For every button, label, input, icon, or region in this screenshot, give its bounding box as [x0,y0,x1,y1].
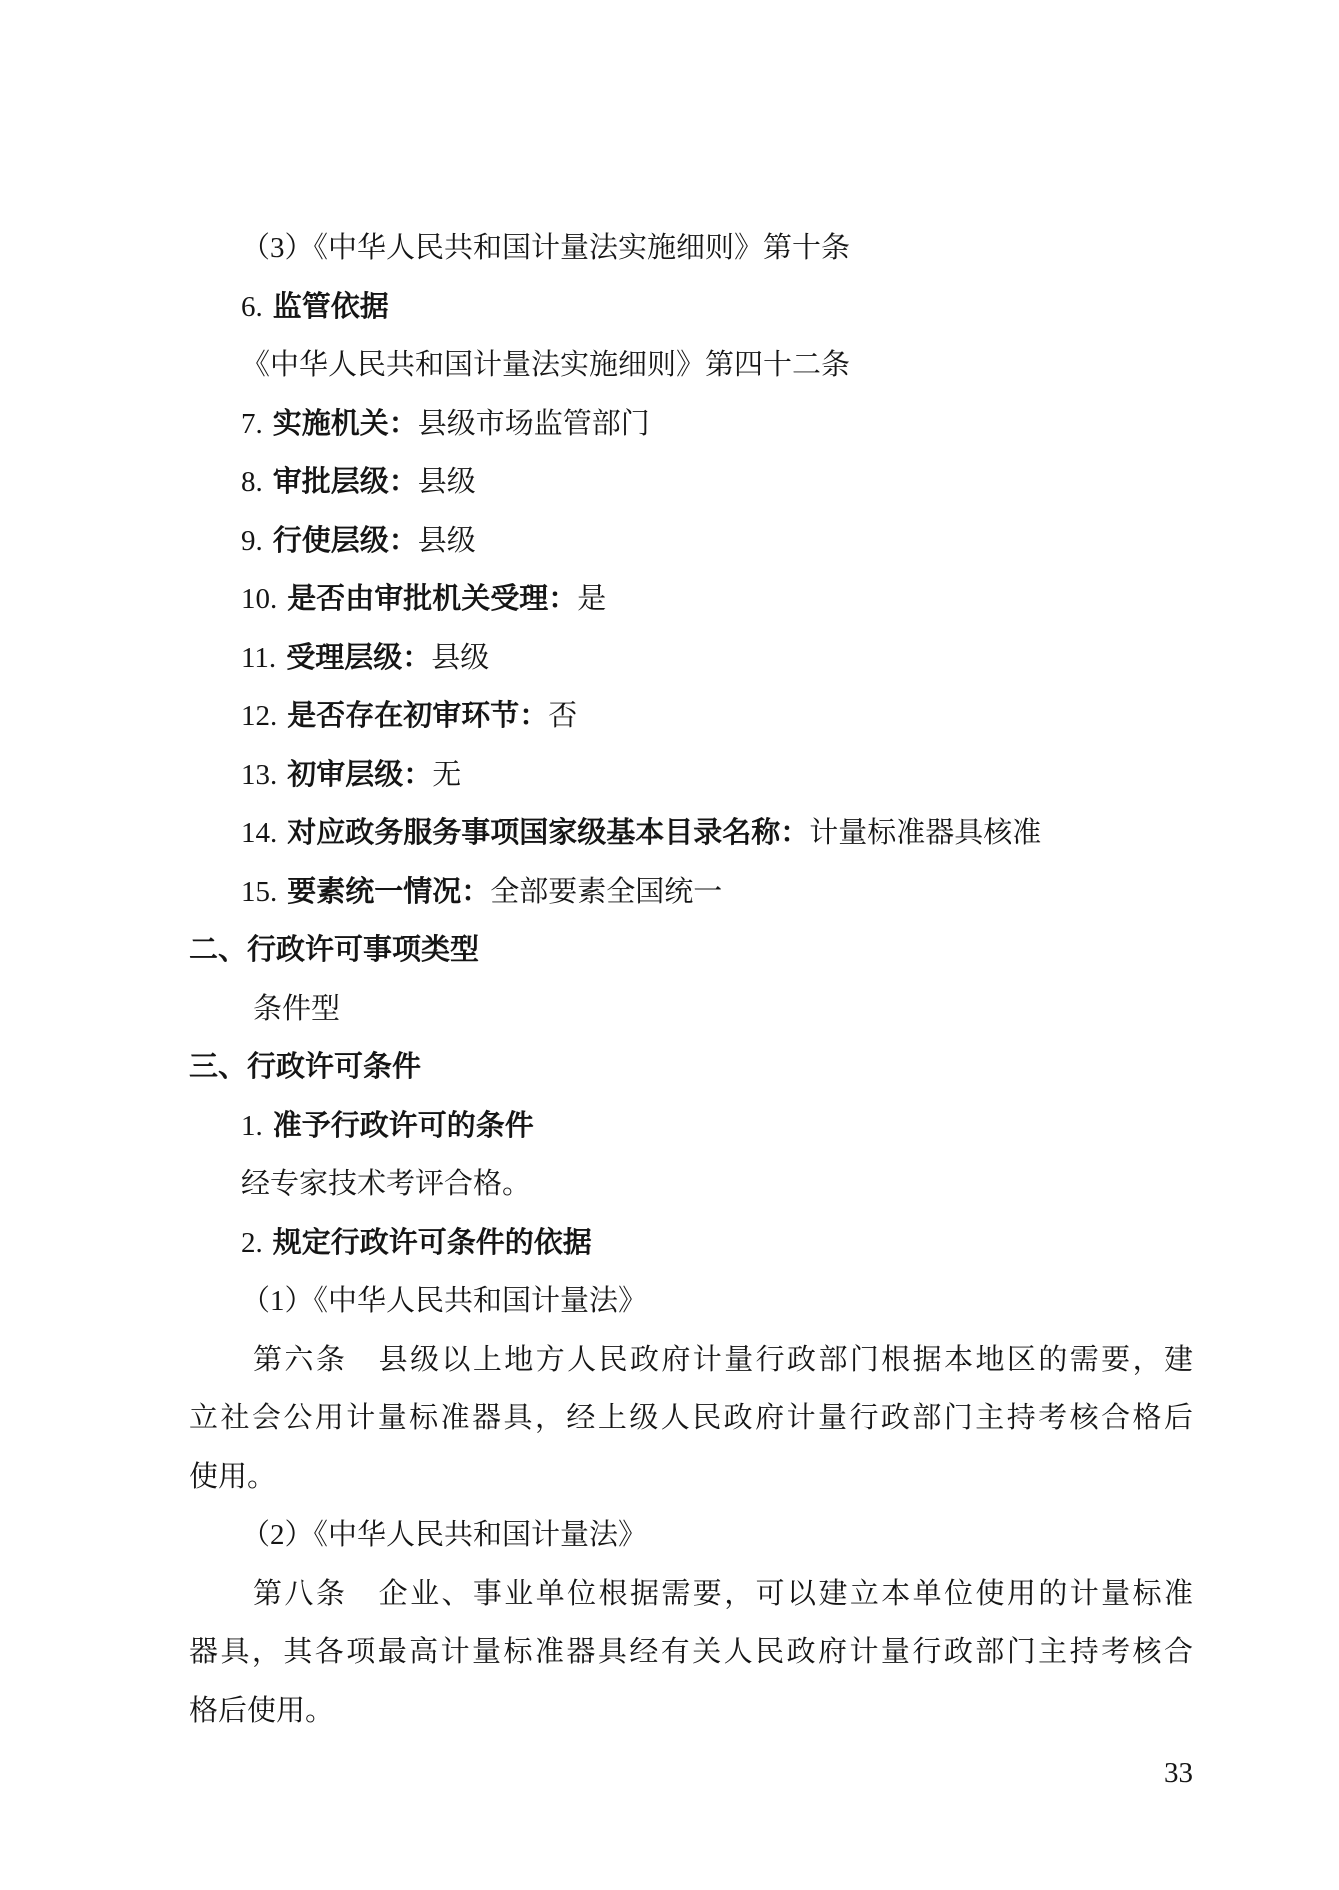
item-number: 13. [241,759,277,791]
condition-item-1: 1.准予行政许可的条件 [189,1097,1193,1156]
item-label: 行使层级： [273,525,418,557]
item-6-regulatory-basis: 6.监管依据 [189,278,1193,337]
item-number: 1. [241,1110,263,1142]
document-page: （3）《中华人民共和国计量法实施细则》第十条 6.监管依据 《中华人民共和国计量… [0,0,1339,1890]
item-number: 15. [241,876,277,908]
item-value: 无 [432,759,461,791]
item-label: 监管依据 [273,291,389,323]
basis-1-paragraph-line-2: 立社会公用计量标准器具，经上级人民政府计量行政部门主持考核合格后 [189,1389,1193,1448]
item-value: 否 [548,700,577,732]
basis-2-paragraph-line-2: 器具，其各项最高计量标准器具经有关人民政府计量行政部门主持考核合 [189,1623,1193,1682]
section-2-heading: 二、行政许可事项类型 [189,921,1193,980]
item-10-accepted-by-approval-authority: 10.是否由审批机关受理：是 [189,570,1193,629]
page-number: 33 [189,1752,1193,1794]
basis-1-paragraph-line-3: 使用。 [189,1448,1193,1507]
item-label: 对应政务服务事项国家级基本目录名称： [287,817,809,849]
item-value: 是 [577,583,606,615]
item-15-element-unification: 15.要素统一情况：全部要素全国统一 [189,863,1193,922]
item-number: 2. [241,1227,263,1259]
item-value: 计量标准器具核准 [809,817,1041,849]
condition-item-1-body: 经专家技术考评合格。 [189,1155,1193,1214]
item-number: 12. [241,700,277,732]
basis-2-paragraph-line-1: 第八条 企业、事业单位根据需要，可以建立本单位使用的计量标准 [189,1565,1193,1624]
section-2-body: 条件型 [189,980,1193,1039]
item-number: 7. [241,408,263,440]
item-number: 14. [241,817,277,849]
item-label: 是否由审批机关受理： [287,583,577,615]
item-value: 全部要素全国统一 [490,876,722,908]
basis-1-paragraph-line-1: 第六条 县级以上地方人民政府计量行政部门根据本地区的需要，建 [189,1331,1193,1390]
item-label: 审批层级： [273,466,418,498]
item-number: 6. [241,291,263,323]
item-label: 实施机关： [273,408,418,440]
item-label: 是否存在初审环节： [287,700,548,732]
item-14-national-catalog-name: 14.对应政务服务事项国家级基本目录名称：计量标准器具核准 [189,804,1193,863]
item-label: 要素统一情况： [287,876,490,908]
item-8-approval-level: 8.审批层级：县级 [189,453,1193,512]
section-3-heading: 三、行政许可条件 [189,1038,1193,1097]
item-value: 县级 [418,525,476,557]
basis-1-title: （1）《中华人民共和国计量法》 [189,1272,1193,1331]
item-number: 11. [241,642,276,674]
item-label: 规定行政许可条件的依据 [273,1227,592,1259]
legal-ref-item-3: （3）《中华人民共和国计量法实施细则》第十条 [189,219,1193,278]
item-value: 县级 [418,466,476,498]
item-13-preliminary-review-level: 13.初审层级：无 [189,746,1193,805]
item-value: 县级市场监管部门 [418,408,650,440]
item-number: 10. [241,583,277,615]
item-label: 初审层级： [287,759,432,791]
document-body: （3）《中华人民共和国计量法实施细则》第十条 6.监管依据 《中华人民共和国计量… [189,219,1193,1740]
item-12-preliminary-review-exists: 12.是否存在初审环节：否 [189,687,1193,746]
item-11-acceptance-level: 11.受理层级：县级 [189,629,1193,688]
basis-2-paragraph-line-3: 格后使用。 [189,1682,1193,1741]
item-number: 9. [241,525,263,557]
item-label: 准予行政许可的条件 [273,1110,534,1142]
item-label: 受理层级： [286,642,431,674]
item-number: 8. [241,466,263,498]
basis-2-title: （2）《中华人民共和国计量法》 [189,1506,1193,1565]
item-7-implementing-authority: 7.实施机关：县级市场监管部门 [189,395,1193,454]
item-9-exercise-level: 9.行使层级：县级 [189,512,1193,571]
supervision-basis-text: 《中华人民共和国计量法实施细则》第四十二条 [189,336,1193,395]
condition-item-2: 2.规定行政许可条件的依据 [189,1214,1193,1273]
item-value: 县级 [431,642,489,674]
